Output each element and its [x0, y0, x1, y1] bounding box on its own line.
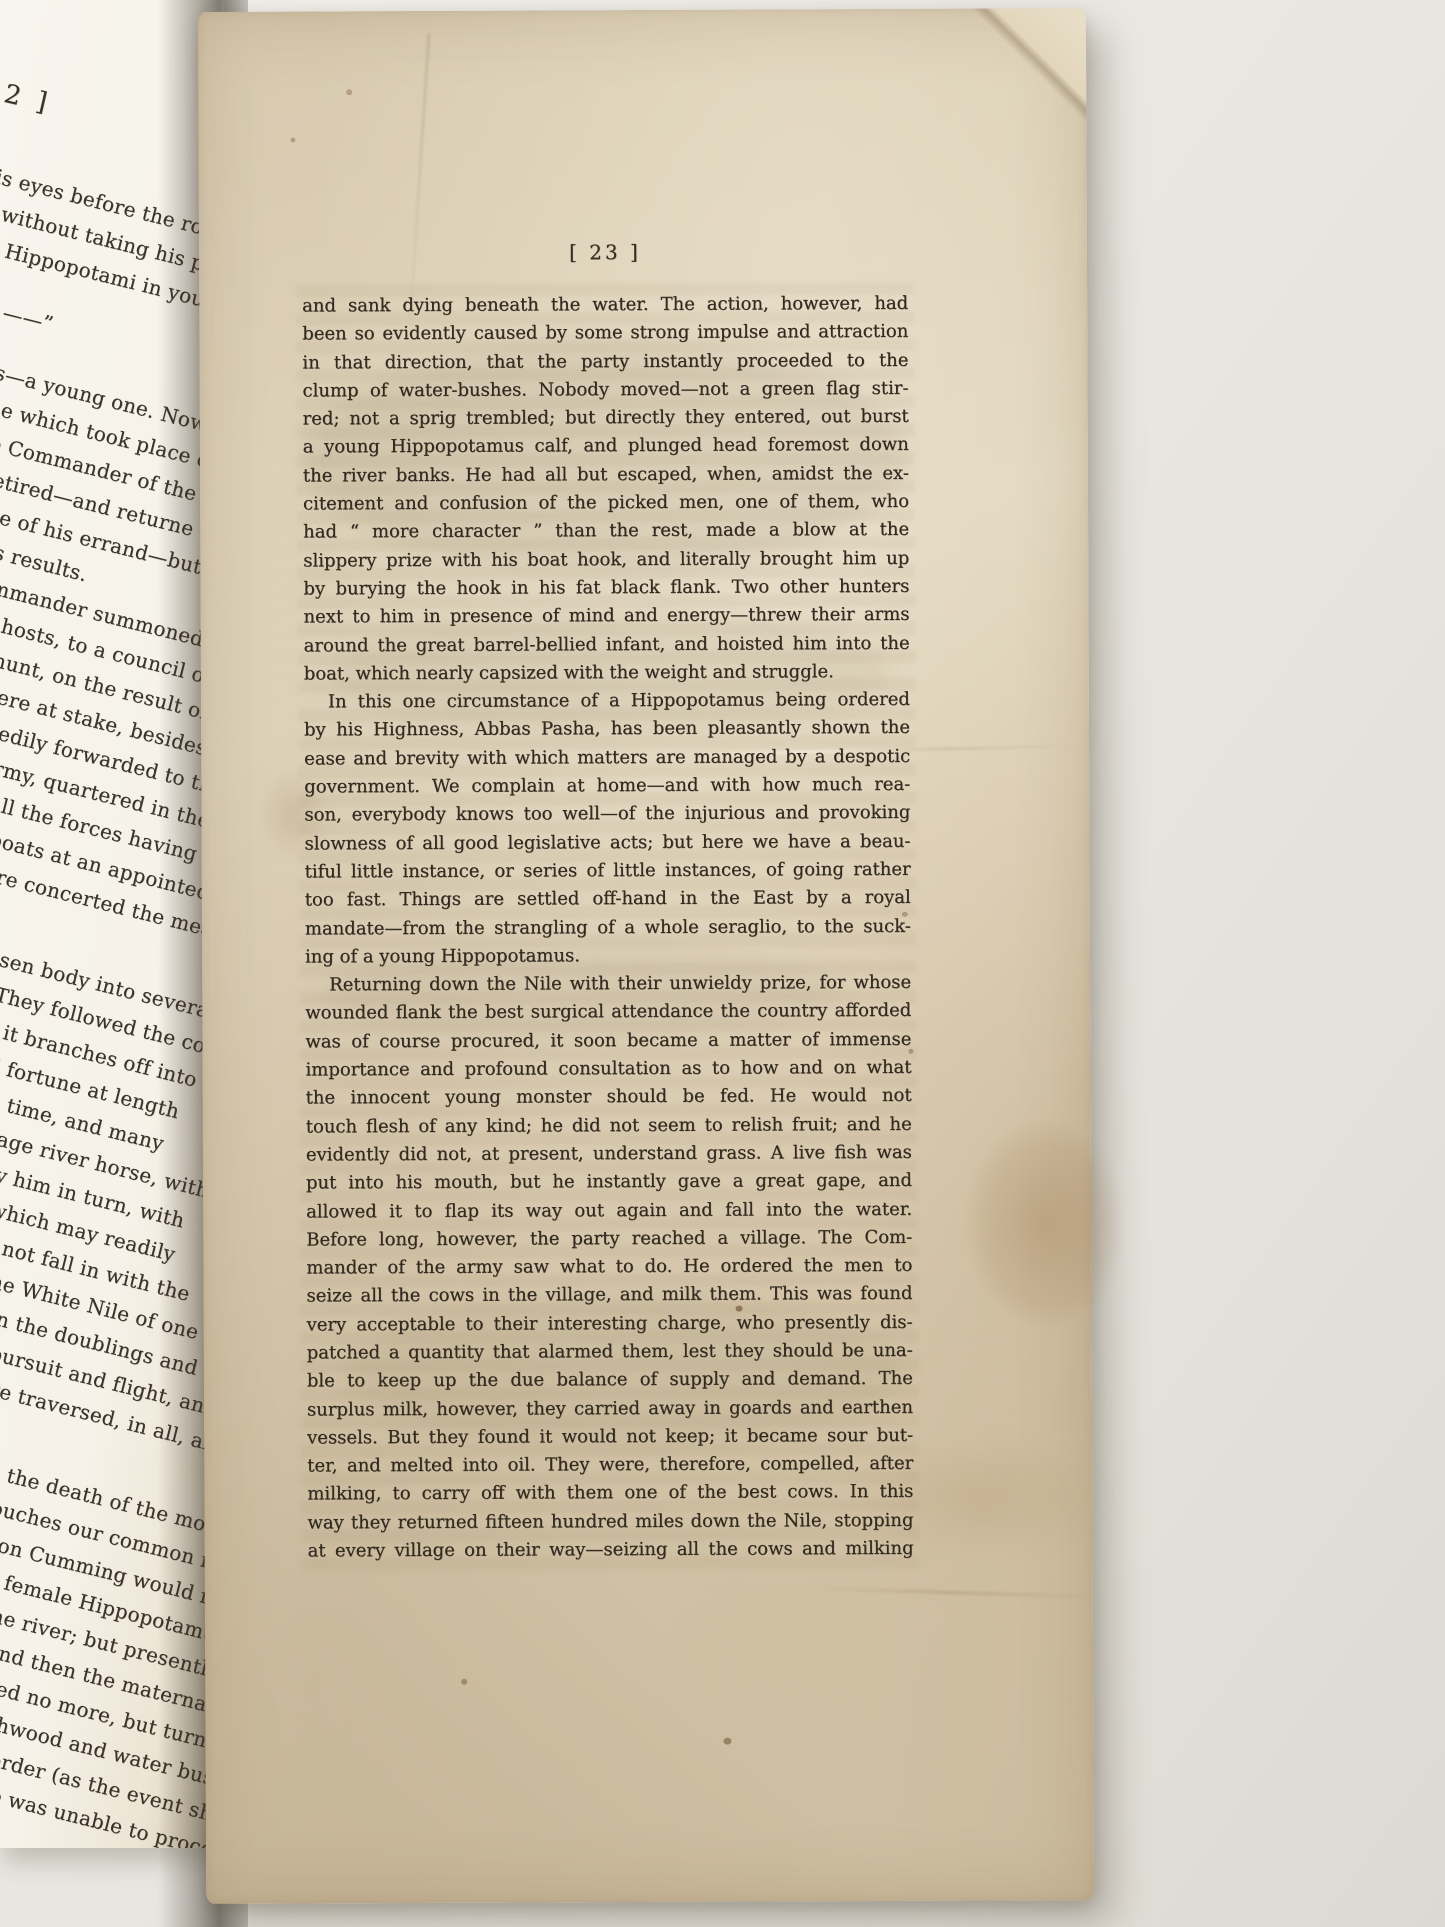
printed-text-line: patched a quantity that alarmed them, le… [307, 1337, 913, 1368]
printed-text-line: ing of a young Hippopotamus. [305, 941, 911, 972]
printed-text-line: In this one circumstance of a Hippopotam… [304, 686, 910, 717]
printed-text-line: wounded flank the best surgical attendan… [305, 997, 911, 1028]
printed-text-line: mandate—from the strangling of a whole s… [305, 912, 911, 943]
printed-text-line: seize all the cows in the village, and m… [306, 1280, 912, 1311]
printed-text-line: at every village on their way—seizing al… [308, 1535, 914, 1566]
printed-text-line: slippery prize with his boat hook, and l… [303, 545, 909, 576]
foxing-speck [290, 138, 295, 143]
printed-text-line: allowed it to flap its way out again and… [306, 1195, 912, 1226]
printed-text-line: and sank dying beneath the water. The ac… [302, 290, 908, 321]
printed-text-line: citement and confusion of the picked men… [303, 488, 909, 519]
paper-crease [805, 1586, 1105, 1599]
folded-corner [968, 8, 1087, 145]
printed-text-line: put into his mouth, but he instantly gav… [306, 1167, 912, 1198]
printed-text-line: the innocent young monster should be fed… [306, 1082, 912, 1113]
printed-text-line: Before long, however, the party reached … [306, 1224, 912, 1255]
printed-text-line: clump of water-bushes. Nobody moved—not … [302, 375, 908, 406]
printed-text-line: government. We complain at home—and with… [304, 771, 910, 802]
printed-text-line: Returning down the Nile with their unwie… [305, 969, 911, 1000]
printed-text-line: too fast. Things are settled off-hand in… [305, 884, 911, 915]
printed-text-line: red; not a sprig trembled; but directly … [303, 403, 909, 434]
right-page-text-block: and sank dying beneath the water. The ac… [302, 290, 914, 1566]
right-book-page: [ 23 ] and sank dying beneath the water.… [198, 8, 1094, 1904]
printed-text-line: very acceptable to their interesting cha… [307, 1309, 913, 1340]
foxing-speck [346, 89, 352, 95]
printed-text-line: boat, which nearly capsized with the wei… [304, 658, 910, 689]
printed-text-line: mander of the army saw what to do. He or… [306, 1252, 912, 1283]
printed-text-line: tiful little instance, or series of litt… [305, 856, 911, 887]
printed-text-line: been so evidently caused by some strong … [302, 318, 908, 349]
printed-text-line: evidently did not, at present, understan… [306, 1139, 912, 1170]
printed-text-line: ble to keep up the due balance of supply… [307, 1365, 913, 1396]
printed-text-line: surplus milk, however, they carried away… [307, 1393, 913, 1424]
printed-text-line: ter, and melted into oil. They were, the… [307, 1450, 913, 1481]
water-stain [965, 1118, 1126, 1329]
printed-text-line: around the great barrel-bellied infant, … [304, 629, 910, 660]
foxing-speck [461, 1679, 467, 1685]
printed-text-line: vessels. But they found it would not kee… [307, 1422, 913, 1453]
printed-text-line: was of course procured, it soon became a… [305, 1026, 911, 1057]
printed-text-line: next to him in presence of mind and ener… [303, 601, 909, 632]
printed-text-line: by his Highness, Abbas Pasha, has been p… [304, 714, 910, 745]
printed-text-line: by burying the hook in his fat black fla… [303, 573, 909, 604]
left-page-number-fragment: 2 ] [1, 79, 53, 119]
printed-text-line: importance and profound consultation as … [305, 1054, 911, 1085]
page-number: [ 23 ] [302, 239, 908, 266]
printed-text-line: son, everybody knows too well—of the inj… [304, 799, 910, 830]
printed-text-line: touch flesh of any kind; he did not seem… [306, 1110, 912, 1141]
printed-text-line: milking, to carry off with them one of t… [307, 1478, 913, 1509]
printed-text-line: way they returned fifteen hundred miles … [307, 1507, 913, 1538]
book-photo: 2 ] g his eyes before the roha, without … [0, 0, 1445, 1927]
printed-text-line: a young Hippopotamus calf, and plunged h… [303, 431, 909, 462]
printed-text-line: had “ more character ” than the rest, ma… [303, 516, 909, 547]
printed-text-line: slowness of all good legislative acts; b… [304, 827, 910, 858]
foxing-speck [723, 1738, 731, 1745]
printed-text-line: in that direction, that the party instan… [302, 346, 908, 377]
printed-text-line: ease and brevity with which matters are … [304, 743, 910, 774]
printed-text-line: the river banks. He had all but escaped,… [303, 460, 909, 491]
